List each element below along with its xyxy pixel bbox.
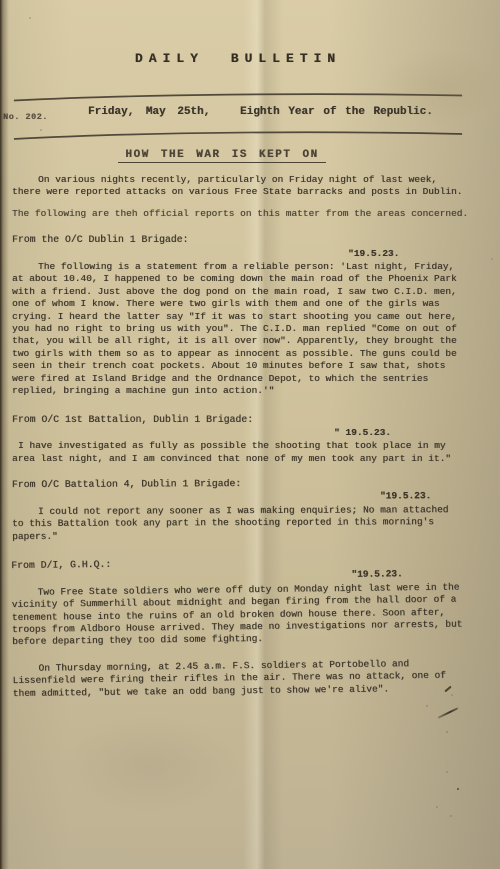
rule-bottom: [12, 128, 464, 140]
document-scan: DAILY BULLETIN No. 202. Friday, May 25th…: [0, 0, 500, 869]
report-section-1: From the O/C Dublin 1 Brigade: "19.5.23.…: [12, 234, 464, 397]
report-source: From O/C Battalion 4, Dublin 1 Brigade:: [12, 477, 464, 491]
report-source: From the O/C Dublin 1 Brigade:: [12, 234, 464, 246]
report-body: I could not report any sooner as I was m…: [12, 504, 464, 543]
intro-paragraph-2: The following are theh official reports …: [12, 208, 486, 220]
masthead: No. 202. Friday, May 25th, Eighth Year o…: [12, 102, 464, 128]
report-section-4: From D/I, G.H.Q.: "19.5.23. Two Free Sta…: [11, 555, 465, 701]
report-body: I have investigated as fully as possible…: [12, 440, 464, 465]
bulletin-title: DAILY BULLETIN: [12, 51, 464, 66]
masthead-year: Eighth Year of the Republic.: [240, 106, 433, 118]
report-section-3: From O/C Battalion 4, Dublin 1 Brigade: …: [12, 477, 464, 543]
page-content: DAILY BULLETIN No. 202. Friday, May 25th…: [0, 0, 500, 869]
report-body-2: On Thursday morning, at 2.45 a.m. F.S. s…: [12, 657, 464, 700]
report-source: From O/C 1st Battalion, Dublin 1 Brigade…: [12, 414, 464, 426]
report-date: " 19.5.23.: [12, 427, 464, 439]
report-date: "19.5.23.: [12, 248, 464, 260]
intro-paragraph-1: On various nights recently, particularly…: [12, 174, 464, 199]
headline: HOW THE WAR IS KEPT ON: [118, 149, 325, 163]
report-section-2: From O/C 1st Battalion, Dublin 1 Brigade…: [12, 414, 464, 466]
report-body: The following is a statement from a reli…: [12, 261, 464, 397]
rule-top: [12, 90, 464, 102]
report-date: "19.5.23.: [12, 491, 464, 505]
issue-number: No. 202.: [3, 112, 48, 122]
report-body: Two Free State soldiers who were off dut…: [11, 581, 464, 649]
masthead-date: Friday, May 25th,: [88, 106, 210, 118]
